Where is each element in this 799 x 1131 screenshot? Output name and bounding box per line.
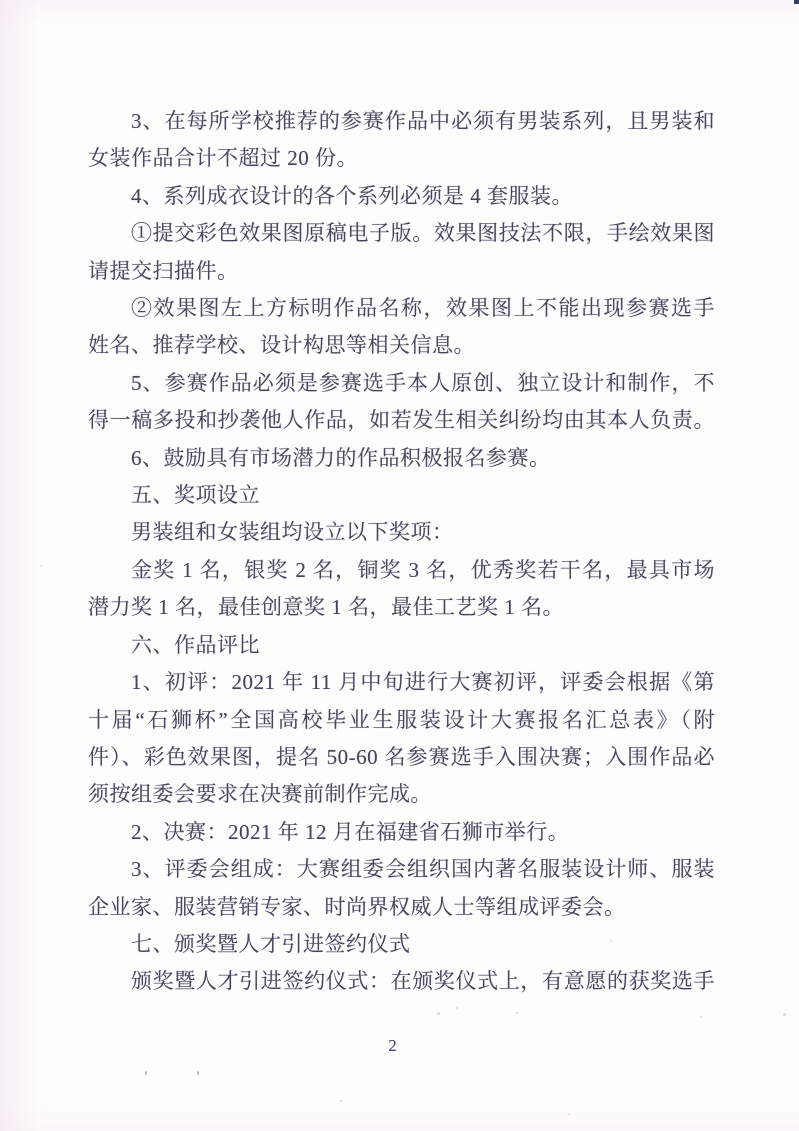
scanned-page: 3、在每所学校推荐的参赛作品中必须有男装系列，且男装和女装作品合计不超过 20 … — [0, 0, 799, 1131]
scan-speckle — [145, 1071, 147, 1075]
document-line: 2、决赛：2021 年 12 月在福建省石狮市举行。 — [88, 814, 715, 851]
document-line: 女装作品合计不超过 20 份。 — [88, 140, 715, 177]
document-line: 4、系列成衣设计的各个系列必须是 4 套服装。 — [88, 178, 715, 215]
document-line: 潜力奖 1 名，最佳创意奖 1 名，最佳工艺奖 1 名。 — [88, 589, 715, 626]
document-line: 3、在每所学校推荐的参赛作品中必须有男装系列，且男装和 — [88, 103, 715, 140]
document-line: 请提交扫描件。 — [88, 253, 715, 290]
scan-corner-artifact — [794, 0, 799, 4]
document-line: 须按组委会要求在决赛前制作完成。 — [88, 776, 715, 813]
document-line: 六、作品评比 — [88, 627, 715, 664]
scan-speckle — [568, 1113, 570, 1115]
document-line: 1、初评：2021 年 11 月中旬进行大赛初评，评委会根据《第 — [88, 664, 715, 701]
scan-speckle — [516, 1012, 518, 1014]
document-line: ①提交彩色效果图原稿电子版。效果图技法不限，手绘效果图 — [88, 215, 715, 252]
scan-speckle — [437, 1012, 440, 1015]
document-line: 五、奖项设立 — [88, 477, 715, 514]
scan-speckle — [700, 1016, 702, 1018]
document-line: 姓名、推荐学校、设计构思等相关信息。 — [88, 327, 715, 364]
document-line: 3、评委会组成：大赛组委会组织国内著名服装设计师、服装 — [88, 851, 715, 888]
document-body: 3、在每所学校推荐的参赛作品中必须有男装系列，且男装和女装作品合计不超过 20 … — [88, 103, 715, 1001]
scan-speckle — [456, 1007, 458, 1009]
document-line: 企业家、服装营销专家、时尚界权威人士等组成评委会。 — [88, 889, 715, 926]
document-line: 6、鼓励具有市场潜力的作品积极报名参赛。 — [88, 440, 715, 477]
scan-speckle — [197, 1071, 199, 1075]
page-number: 2 — [0, 1036, 785, 1056]
document-line: 得一稿多投和抄袭他人作品，如若发生相关纠纷均由其本人负责。 — [88, 402, 715, 439]
document-line: ②效果图左上方标明作品名称，效果图上不能出现参赛选手 — [88, 290, 715, 327]
document-line: 男装组和女装组均设立以下奖项： — [88, 514, 715, 551]
scan-speckle — [40, 565, 42, 567]
document-line: 金奖 1 名，银奖 2 名，铜奖 3 名，优秀奖若干名，最具市场 — [88, 552, 715, 589]
document-line: 件）、彩色效果图，提名 50-60 名参赛选手入围决赛；入围作品必 — [88, 739, 715, 776]
document-line: 颁奖暨人才引进签约仪式：在颁奖仪式上，有意愿的获奖选手 — [88, 963, 715, 1000]
document-line: 十届“石狮杯”全国高校毕业生服装设计大赛报名汇总表》（附 — [88, 702, 715, 739]
document-line: 七、颁奖暨人才引进签约仪式 — [88, 926, 715, 963]
document-line: 5、参赛作品必须是参赛选手本人原创、独立设计和制作，不 — [88, 365, 715, 402]
scan-speckle — [783, 1013, 786, 1016]
scan-speckle — [340, 1100, 342, 1102]
